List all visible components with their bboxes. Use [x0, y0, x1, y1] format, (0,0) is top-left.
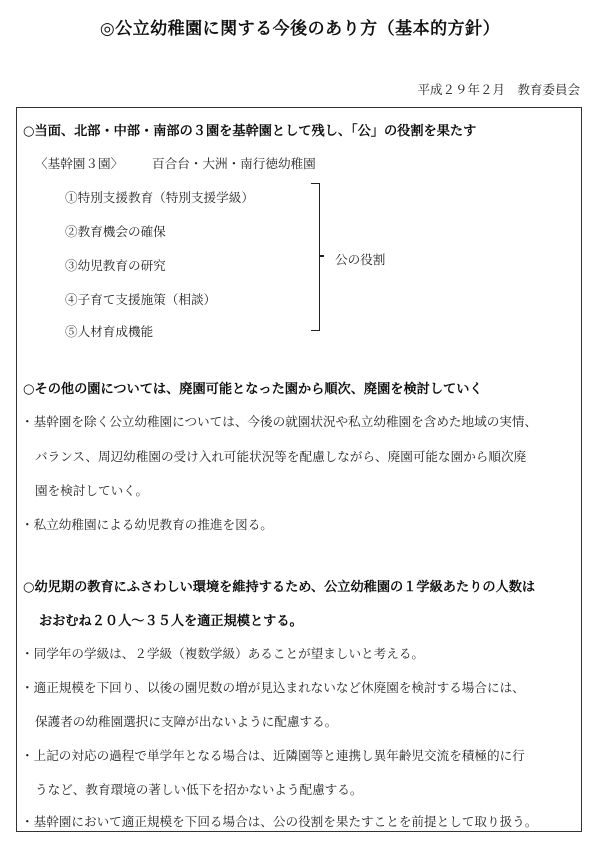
bullet-line: ・適正規模を下回り、以後の園児数の増が見込まれないなど休廃園を検討する場合には、 [21, 677, 525, 696]
dateline: 平成２９年２月 教育委員会 [417, 80, 580, 98]
section2-heading: ○その他の園については、廃園可能となった園から順次、廃園を検討していく [23, 378, 483, 397]
role-item: ③幼児教育の研究 [65, 255, 166, 274]
bullet-line: 保護者の幼稚園選択に支障が出ないように配慮する。 [35, 711, 337, 730]
bullet-line: バランス、周辺幼稚園の受け入れ可能状況等を配慮しながら、廃園可能な園から順次廃 [35, 446, 526, 465]
role-item: ④子育て支援施策（相談） [65, 289, 216, 308]
bracket-tick [319, 255, 324, 257]
bullet-line: ・同学年の学級は、２学級（複数学級）あることが望ましいと考える。 [21, 643, 424, 662]
bullet-line: ・上記の対応の過程で単学年となる場合は、近隣園等と連携し異年齢児交流を積極的に行 [21, 745, 525, 764]
section1-heading: ○当面、北部・中部・南部の３園を基幹園として残し、「公」の役割を果たす [23, 120, 476, 139]
public-role-label: 公の役割 [335, 249, 385, 268]
policy-box: ○当面、北部・中部・南部の３園を基幹園として残し、「公」の役割を果たす 〈基幹園… [16, 107, 582, 832]
bullet-line: 園を検討していく。 [35, 480, 148, 499]
bullet-line: ・基幹園において適正規模を下回る場合は、公の役割を果たすことを前提として取り扱う… [21, 811, 537, 830]
role-item: ①特別支援教育（特別支援学級） [65, 187, 254, 206]
core-schools-names: 百合台・大洲・南行徳幼稚園 [152, 153, 316, 172]
role-item: ②教育機会の確保 [65, 221, 166, 240]
core-schools-label: 〈基幹園３園〉 [35, 153, 123, 172]
role-item: ⑤人材育成機能 [65, 321, 153, 340]
bullet-line: うなど、教育環境の著しい低下を招かないよう配慮する。 [35, 779, 362, 798]
right-brace-bracket [311, 183, 320, 331]
bullet-line: ・私立幼稚園による幼児教育の推進を図る。 [21, 514, 273, 533]
section3-heading: ○幼児期の教育にふさわしい環境を維持するため、公立幼稚園の１学級あたりの人数は [23, 576, 535, 595]
bullet-line: ・基幹園を除く公立幼稚園については、今後の就園状況や私立幼稚園を含めた地域の実情… [21, 411, 537, 430]
section3-heading-cont: おおむね２０人～３５人を適正規模とする。 [39, 610, 303, 629]
document-title: ◎公立幼稚園に関する今後のあり方（基本的方針） [0, 14, 600, 39]
